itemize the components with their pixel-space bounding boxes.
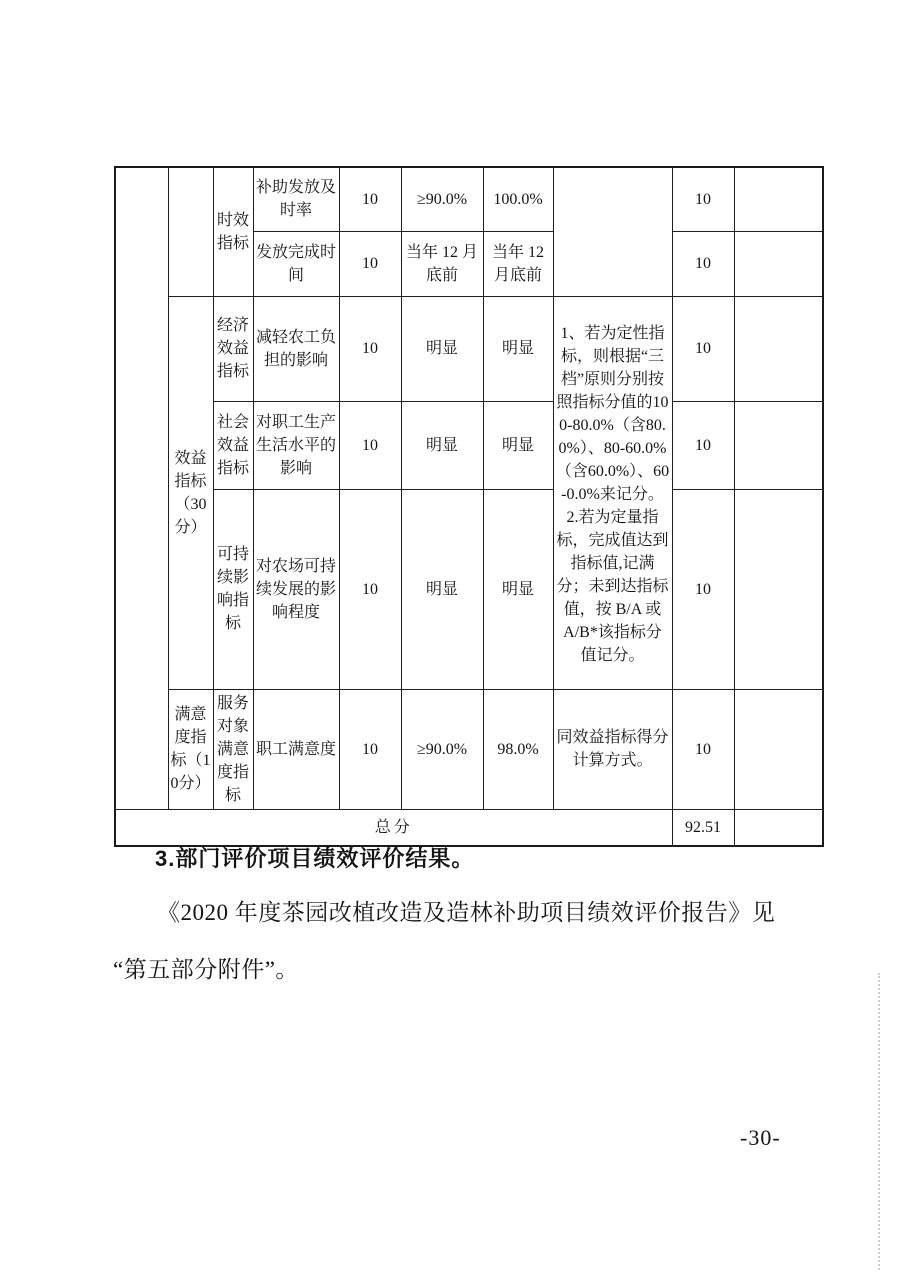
cell-scoring-note-empty — [553, 167, 672, 296]
cell-points: 10 — [672, 231, 734, 296]
paragraph-line-1: 《2020 年度茶园改植改造及造林补助项目绩效评价报告》见 — [157, 894, 775, 927]
cell-weight: 10 — [339, 689, 401, 809]
paragraph-line-2: “第五部分附件”。 — [113, 951, 299, 984]
cell-remark — [734, 689, 823, 809]
performance-indicator-table: 时效指标 补助发放及时率 10 ≥90.0% 100.0% 10 发放完成时间 … — [114, 166, 824, 847]
cell-weight: 10 — [339, 167, 401, 231]
cell-points: 10 — [672, 167, 734, 231]
cell-indicator-name: 对职工生产生活水平的影响 — [253, 401, 339, 489]
table-row: 时效指标 补助发放及时率 10 ≥90.0% 100.0% 10 — [115, 167, 823, 231]
table-row: 社会效益指标 对职工生产生活水平的影响 10 明显 明显 10 — [115, 401, 823, 489]
cell-scoring-note: 同效益指标得分 计算方式。 — [553, 689, 672, 809]
cell-remark — [734, 490, 823, 689]
cell-indicator-name: 职工满意度 — [253, 689, 339, 809]
cell-level3-indicator: 可持续影响指标 — [213, 490, 253, 689]
cell-level3-indicator: 经济效益指标 — [213, 296, 253, 401]
cell-level2-empty — [168, 167, 213, 296]
cell-target-value: 明显 — [401, 490, 483, 689]
cell-target-value: 明显 — [401, 401, 483, 489]
cell-points: 10 — [672, 401, 734, 489]
total-score-value: 92.51 — [672, 809, 734, 846]
document-page: 时效指标 补助发放及时率 10 ≥90.0% 100.0% 10 发放完成时间 … — [0, 0, 900, 1277]
cell-weight: 10 — [339, 401, 401, 489]
total-row-label: 总分 — [115, 809, 672, 846]
cell-indicator-name: 发放完成时间 — [253, 231, 339, 296]
cell-remark — [734, 296, 823, 401]
cell-weight: 10 — [339, 490, 401, 689]
cell-indicator-name: 补助发放及时率 — [253, 167, 339, 231]
cell-completion-value: 98.0% — [483, 689, 553, 809]
cell-completion-value: 100.0% — [483, 167, 553, 231]
cell-points: 10 — [672, 689, 734, 809]
cell-level3-indicator: 社会效益指标 — [213, 401, 253, 489]
total-row: 总分 92.51 — [115, 809, 823, 846]
cell-completion-value: 明显 — [483, 490, 553, 689]
cell-completion-value: 明显 — [483, 401, 553, 489]
cell-completion-value: 当年 12 月底前 — [483, 231, 553, 296]
cell-level3-indicator: 时效指标 — [213, 167, 253, 296]
cell-indicator-name: 减轻农工负担的影响 — [253, 296, 339, 401]
scan-artifact-line — [878, 973, 880, 1270]
cell-remark — [734, 167, 823, 231]
table-row: 满意度指标（10分） 服务对象满意度指标 职工满意度 10 ≥90.0% 98.… — [115, 689, 823, 809]
cell-target-value: 明显 — [401, 296, 483, 401]
cell-remark — [734, 809, 823, 846]
cell-completion-value: 明显 — [483, 296, 553, 401]
table-row: 效益指标（30分） 经济效益指标 减轻农工负担的影响 10 明显 明显 1、若为… — [115, 296, 823, 401]
cell-level2-indicator: 满意度指标（10分） — [168, 689, 213, 809]
cell-remark — [734, 231, 823, 296]
cell-target-value: 当年 12 月底前 — [401, 231, 483, 296]
section-heading: 3.部门评价项目绩效评价结果。 — [155, 842, 474, 873]
cell-points: 10 — [672, 296, 734, 401]
cell-points: 10 — [672, 490, 734, 689]
table-row: 可持续影响指标 对农场可持续发展的影响程度 10 明显 明显 10 — [115, 490, 823, 689]
cell-target-value: ≥90.0% — [401, 689, 483, 809]
cell-indicator-name: 对农场可持续发展的影响程度 — [253, 490, 339, 689]
cell-level2-indicator: 效益指标（30分） — [168, 296, 213, 689]
cell-target-value: ≥90.0% — [401, 167, 483, 231]
cell-level1-empty — [115, 167, 168, 809]
cell-weight: 10 — [339, 296, 401, 401]
cell-scoring-note: 1、若为定性指标，则根据“三档”原则分别按照指标分值的100-80.0%（含80… — [553, 296, 672, 689]
cell-level3-indicator: 服务对象满意度指标 — [213, 689, 253, 809]
page-number: -30- — [740, 1125, 781, 1151]
scoring-note-text: 1、若为定性指标，则根据“三档”原则分别按照指标分值的100-80.0%（含80… — [556, 322, 670, 664]
cell-weight: 10 — [339, 231, 401, 296]
cell-remark — [734, 401, 823, 489]
